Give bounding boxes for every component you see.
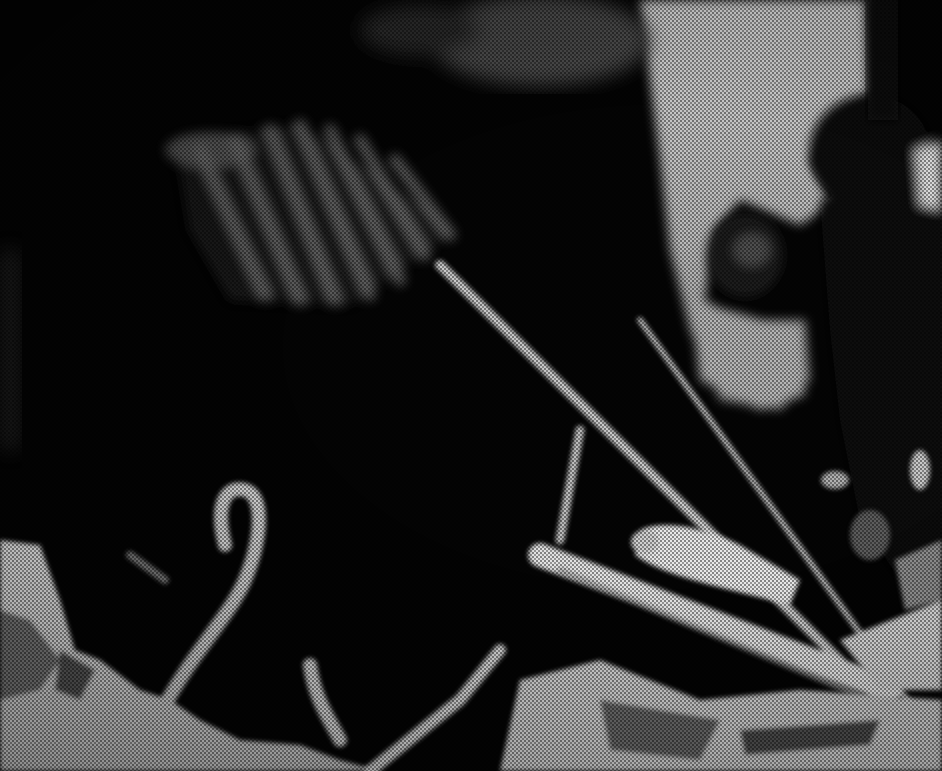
halftone-photograph	[0, 0, 942, 771]
photo-scene	[0, 0, 942, 771]
